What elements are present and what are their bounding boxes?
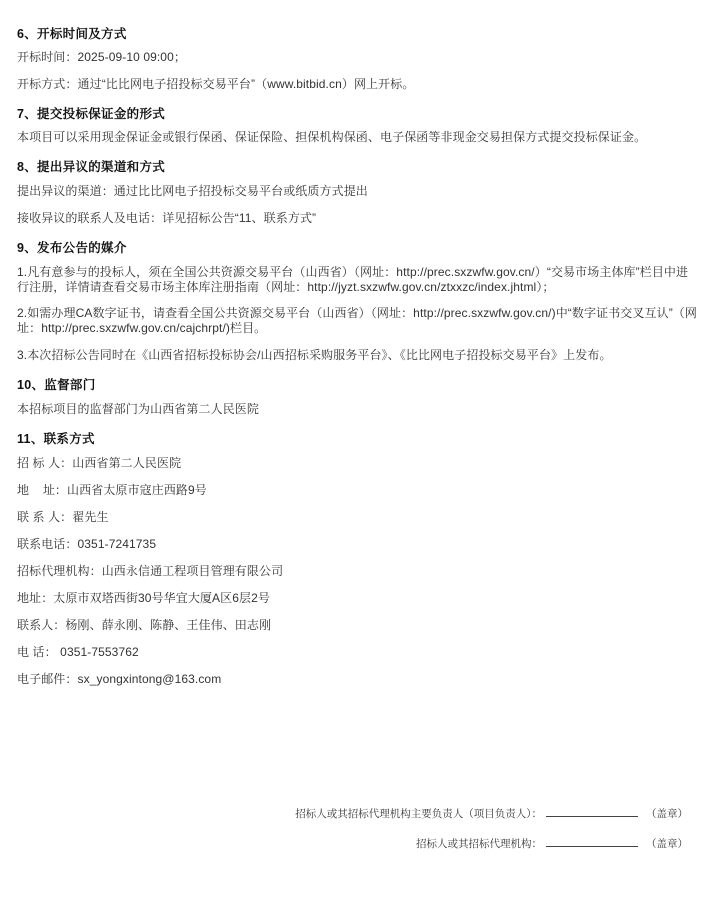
section-6-title: 6、开标时间及方式 (17, 24, 127, 42)
agency-contacts: 联系人：杨刚、薛永刚、陈静、王佳伟、田志刚 (17, 618, 697, 633)
media-item-2: 2.如需办理CA数字证书，请查看全国公共资源交易平台（山西省）（网址：http:… (17, 306, 697, 336)
signature-principal-label: 招标人或其招标代理机构主要负责人（项目负责人）： (295, 806, 542, 821)
tenderer: 招 标 人：山西省第二人民医院 (17, 456, 697, 471)
signature-agency-label: 招标人或其招标代理机构： (416, 836, 542, 851)
section-11-title: 11、联系方式 (17, 429, 95, 447)
open-time: 开标时间：2025-09-10 09:00； (17, 50, 697, 65)
section-10-title: 10、监督部门 (17, 375, 96, 393)
objection-channel: 提出异议的渠道：通过比比网电子招投标交易平台或纸质方式提出 (17, 184, 697, 199)
media-item-1: 1.凡有意参与的投标人，须在全国公共资源交易平台（山西省）（网址：http://… (17, 265, 697, 295)
section-9-title: 9、发布公告的媒介 (17, 238, 127, 256)
deposit-form-text: 本项目可以采用现金保证金或银行保函、保证保险、担保机构保函、电子保函等非现金交易… (17, 130, 697, 145)
agency-email: 电子邮件：sx_yongxintong@163.com (17, 672, 697, 687)
media-item-3: 3.本次招标公告同时在《山西省招标投标协会/山西招标采购服务平台》、《比比网电子… (17, 348, 697, 363)
objection-contact: 接收异议的联系人及电话：详见招标公告“11、联系方式” (17, 211, 697, 226)
signature-principal: 招标人或其招标代理机构主要负责人（项目负责人）： （盖章） (295, 806, 688, 821)
section-8-title: 8、提出异议的渠道和方式 (17, 157, 165, 175)
signature-agency-line (546, 836, 638, 847)
agency-address: 地址：太原市双塔西街30号华宜大厦A区6层2号 (17, 591, 697, 606)
agency-name: 招标代理机构：山西永信通工程项目管理有限公司 (17, 564, 697, 579)
open-method: 开标方式：通过“比比网电子招投标交易平台”（www.bitbid.cn）网上开标… (17, 77, 697, 92)
section-7-title: 7、提交投标保证金的形式 (17, 104, 165, 122)
agency-phone: 电 话： 0351-7553762 (17, 645, 697, 660)
tenderer-address: 地 址：山西省太原市寇庄西路9号 (17, 483, 697, 498)
contact-person: 联 系 人：翟先生 (17, 510, 697, 525)
signature-agency-seal: （盖章） (646, 836, 688, 851)
contact-phone: 联系电话：0351-7241735 (17, 537, 697, 552)
signature-principal-seal: （盖章） (646, 806, 688, 821)
signature-agency: 招标人或其招标代理机构： （盖章） (416, 836, 688, 851)
signature-principal-line (546, 806, 638, 817)
supervision-text: 本招标项目的监督部门为山西省第二人民医院 (17, 402, 697, 417)
